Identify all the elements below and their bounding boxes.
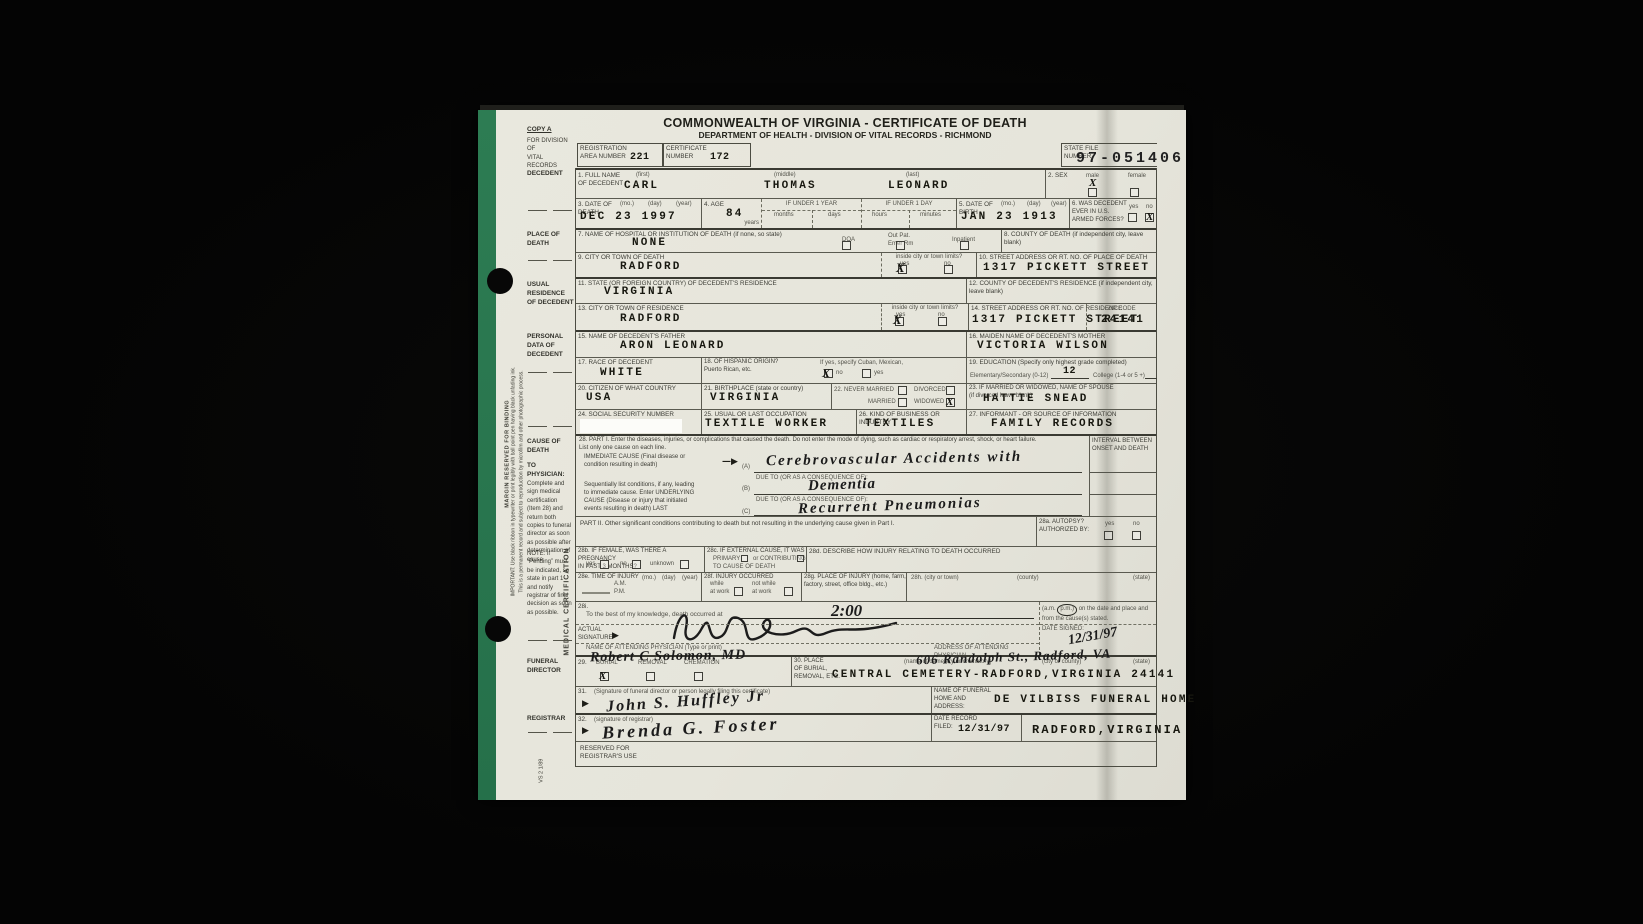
row-cause-part1: 28. PART I. Enter the diseases, injuries… [576,434,1156,516]
row-reserved: RESERVED FOR REGISTRAR'S USE [576,741,1156,766]
outpatient-checkbox [896,241,905,250]
hispanic-specify-sublabel: If yes, specify Cuban, Mexican, [820,360,920,368]
minutes-sublabel: minutes [920,212,941,220]
row-certification: 28i. To the best of my knowledge, death … [576,601,1156,655]
funeral-home-value: DE VILBISS FUNERAL HOME [994,695,1196,706]
pm-circled-sublabel: p.m.) [1057,604,1077,616]
copy-for-label: FOR DIVISION OF VITAL RECORDS [527,137,574,171]
removal-checkbox [646,672,655,681]
field-city-of-death: 9. CITY OR TOWN OF DEATH RADFORD [576,253,881,277]
day-sublabel: (day) [662,575,676,583]
unknown-sublabel: unknown [650,561,674,569]
physician-signature [668,606,903,648]
field-zip: ZIP CODE 24141 [1086,304,1156,330]
section-personal-data: PERSONAL DATA OF DECEDENT [527,332,574,359]
hours-sublabel: hours [872,212,887,220]
signature-arrow-icon: ▶ [612,632,619,641]
yes-sublabel: yes [586,561,595,569]
disposition-row-label: 29. [578,659,587,667]
registration-area-value: 221 [630,153,650,163]
state-file-box: STATE FILE NUMBER 97-051406 [1061,143,1157,167]
section-usual-residence: USUAL RESIDENCE OF DECEDENT [527,280,574,307]
last-name-value: LEONARD [888,181,950,192]
last-sublabel: (last) [906,172,919,180]
male-checkbox [1088,188,1097,197]
no-sublabel: no [836,370,843,378]
row-funeral-director-signature: 31. (Signature of funeral director or pe… [576,686,1156,713]
occupation-value: TEXTILE WORKER [705,419,828,430]
widowed-mark: X [946,397,953,408]
days-sublabel: days [828,212,841,220]
field-race: 17. RACE OF DECEDENT WHITE [576,358,701,383]
field-if-under-1-year: IF UNDER 1 YEAR months days [761,199,861,228]
row-dates-age: 3. DATE OF DEATH (mo.) (day) (year) DEC … [576,198,1156,228]
copy-label: COPY A [527,125,574,134]
field-date-filed: DATE RECORD FILED: 12/31/97 [931,715,1021,741]
field-father: 15. NAME OF DECEDENT'S FATHER ARON LEONA… [576,332,966,357]
field-certification: 28i. To the best of my knowledge, death … [576,602,1039,655]
year-sublabel: (year) [676,201,692,209]
year-sublabel: (year) [682,575,698,583]
actual-signature-label: ACTUAL SIGNATURE [578,627,613,643]
certificate-number-value: 172 [710,153,730,163]
section-funeral-director: FUNERAL DIRECTOR [527,657,574,675]
to-physician-note2: NOTE: if “Pending” must be indicated, so… [527,550,574,617]
hours-minutes-divider [909,210,910,228]
residence-limits-no-checkbox [938,317,947,326]
yes-sublabel: yes [1105,521,1114,529]
college-sublabel: College (1-4 or 5 +) [1093,373,1145,381]
interval-line [1090,472,1156,473]
certificate-form: REGISTRATION AREA NUMBER 221 CERTIFICATE… [575,143,1157,767]
mo-sublabel: (mo.) [1001,201,1015,209]
field-place-of-injury: 28g. PLACE OF INJURY (home, farm, factor… [801,573,906,601]
cremation-checkbox [694,672,703,681]
state-sublabel: (state) [1133,659,1150,667]
never-married-checkbox [898,386,907,395]
scan-background: MARGIN RESERVED FOR BINDING IMPORTANT: U… [0,0,1643,924]
row-citizen-marital: 20. CITIZEN OF WHAT COUNTRY USA 21. BIRT… [576,383,1156,409]
field-registrar-signature: 32. (signature of registrar) ▶ Brenda G.… [576,715,931,741]
registration-area-label: REGISTRATION AREA NUMBER [580,145,627,162]
zip-value: 24141 [1101,315,1145,326]
age-label: 4. AGE [704,201,724,209]
limits-yes-mark: X [896,261,905,274]
punch-hole-top [487,268,513,294]
yes-sublabel: yes [1129,204,1138,212]
field-date-of-birth: 5. DATE OF BIRTH (mo.) (day) (year) JAN … [956,199,1069,228]
field-funeral-director-signature: 31. (Signature of funeral director or pe… [576,687,931,713]
field-residence-state: 11. STATE (OR FOREIGN COUNTRY) OF DECEDE… [576,279,966,303]
registration-row: REGISTRATION AREA NUMBER 221 CERTIFICATE… [575,143,1157,168]
row-ssn-occupation: 24. SOCIAL SECURITY NUMBER 25. USUAL OR … [576,409,1156,434]
field-cause-part2: PART II. Other significant conditions co… [576,517,1036,546]
sex-label: 2. SEX [1048,172,1068,180]
field-education: 19. EDUCATION (Specify only highest grad… [966,358,1156,383]
form-body: 1. FULL NAME OF DECEDENT (first) (middle… [575,168,1157,767]
cause-b-handwriting: Dementia [808,477,876,494]
under-1-year-label: IF UNDER 1 YEAR [762,201,861,209]
limits-no-checkbox [944,265,953,274]
row-injury-details: 28e. TIME OF INJURY (mo.) (day) (year) A… [576,572,1156,601]
immediate-cause-arrow-icon: —▶ [722,458,738,467]
field-full-name: 1. FULL NAME OF DECEDENT (first) (middle… [576,170,1045,198]
pregnancy-no-checkbox [632,560,641,569]
field-pregnancy: 28b. IF FEMALE, WAS THERE A PREGNANCY IN… [576,547,704,572]
mo-sublabel: (mo.) [620,201,634,209]
separator-dashes [528,260,572,261]
time-of-injury-label: 28e. TIME OF INJURY [578,574,639,582]
separator-dashes [528,640,572,641]
reserved-label: RESERVED FOR REGISTRAR'S USE [580,745,637,762]
day-sublabel: (day) [648,201,662,209]
father-value: ARON LEONARD [620,341,726,352]
field-armed-forces: 6. WAS DECEDENT EVER IN U.S. ARMED FORCE… [1069,199,1156,228]
date-filed-value: 12/31/97 [958,725,1010,735]
field-external-cause: 28c. IF EXTERNAL CAUSE, IT WAS PRIMARY o… [704,547,806,572]
line-b-sublabel: (B) [742,486,750,494]
cert-statement-right: (a.m. p.m.) on the date and place and fr… [1042,604,1152,623]
hispanic-no-mark: X [822,367,830,379]
section-registrar: REGISTRAR [527,714,574,723]
field-spouse: 23. IF MARRIED OR WIDOWED, NAME OF SPOUS… [966,384,1156,409]
inpatient-checkbox [960,241,969,250]
ssn-redaction [580,419,682,433]
never-married-sublabel: 22. NEVER MARRIED [834,387,894,395]
injury-city-sublabel: 28h. (city or town) [911,575,959,583]
months-days-divider [812,210,813,228]
field-date-of-death: 3. DATE OF DEATH (mo.) (day) (year) DEC … [576,199,701,228]
punch-hole-bottom [485,616,511,642]
separator-dashes [528,426,572,427]
birthplace-value: VIRGINIA [710,393,780,404]
at-work-checkbox [734,587,743,596]
ampm-sublabel: A.M. P.M. [614,581,626,596]
external-cause-label: 28c. IF EXTERNAL CAUSE, IT WAS [707,548,804,556]
separator-dashes [528,372,572,373]
residence-state-value: VIRGINIA [604,287,674,298]
line-a-sublabel: (A) [742,464,750,472]
yes-sublabel: yes [874,370,883,378]
industry-value: TEXTILES [865,419,935,430]
not-at-work-sublabel: not while at work [752,581,776,596]
field-occupation: 25. USUAL OR LAST OCCUPATION TEXTILE WOR… [701,410,856,434]
not-at-work-checkbox [784,587,793,596]
field-ssn: 24. SOCIAL SECURITY NUMBER [576,410,701,434]
row-hospital-county: 7. NAME OF HOSPITAL OR INSTITUTION OF DE… [576,228,1156,252]
certificate-number-label: CERTIFICATE NUMBER [666,145,707,162]
row-residence-city-street: 13. CITY OR TOWN OF RESIDENCE RADFORD in… [576,303,1156,330]
injury-state-sublabel: (state) [1133,575,1150,583]
mother-value: VICTORIA WILSON [977,341,1109,352]
elementary-sublabel: Elementary/Secondary (0-12) [970,373,1048,381]
widowed-sublabel: WIDOWED [914,399,944,407]
autopsy-no-checkbox [1132,531,1141,540]
race-value: WHITE [600,368,644,379]
autopsy-yes-checkbox [1104,531,1113,540]
separator-dashes [528,732,572,733]
registrar-row-label: 32. [578,716,587,724]
field-informant: 27. INFORMANT - OR SOURCE OF INFORMATION… [966,410,1156,434]
place-of-injury-label: 28g. PLACE OF INJURY (home, farm, factor… [804,574,906,590]
burial-mark: X [599,671,606,682]
certificate-title: COMMONWEALTH OF VIRGINIA - CERTIFICATE O… [575,116,1115,131]
field-time-of-injury: 28e. TIME OF INJURY (mo.) (day) (year) A… [576,573,701,601]
funeral-home-label: NAME OF FUNERAL HOME AND ADDRESS: [934,688,991,712]
form-number: VS 2 1/89 [539,753,545,789]
part2-label: PART II. Other significant conditions co… [580,520,1010,528]
row-race-education: 17. RACE OF DECEDENT WHITE 18. OF HISPAN… [576,357,1156,383]
field-street-of-death: 10. STREET ADDRESS OR RT. NO. OF PLACE O… [976,253,1156,277]
residence-city-value: RADFORD [620,314,682,325]
female-sublabel: female [1128,173,1146,181]
field-autopsy: 28a. AUTOPSY? AUTHORIZED BY: yes no [1036,517,1156,546]
row-city-street-death: 9. CITY OR TOWN OF DEATH RADFORD inside … [576,252,1156,277]
field-age: 4. AGE 84 years [701,199,761,228]
months-sublabel: months [774,212,794,220]
sequential-label: Sequentially list conditions, if any, le… [584,482,724,514]
hospital-label: 7. NAME OF HOSPITAL OR INSTITUTION OF DE… [578,231,782,239]
field-birthplace: 21. BIRTHPLACE (state or country) VIRGIN… [701,384,831,409]
field-residence-city: 13. CITY OR TOWN OF RESIDENCE RADFORD [576,304,881,330]
field-residence-street: 14. STREET ADDRESS OR RT. NO. OF RESIDEN… [968,304,1086,330]
field-hospital: 7. NAME OF HOSPITAL OR INSTITUTION OF DE… [576,230,1001,252]
married-sublabel: MARRIED [868,399,896,407]
field-limits-death: inside city or town limits? yes no X [881,253,976,277]
field-funeral-home: NAME OF FUNERAL HOME AND ADDRESS: DE VIL… [931,687,1156,713]
am-sublabel: (a.m. [1042,606,1056,612]
row-registrar-signature: 32. (signature of registrar) ▶ Brenda G.… [576,713,1156,741]
pregnancy-yes-checkbox [600,560,609,569]
field-reserved: RESERVED FOR REGISTRAR'S USE [576,742,1156,766]
field-injury-occurred: 28f. INJURY OCCURRED while at work not w… [701,573,801,601]
zip-label: ZIP CODE [1087,306,1156,314]
middle-name-value: THOMAS [764,181,817,192]
under-1-day-label: IF UNDER 1 DAY [862,201,956,209]
informant-value: FAMILY RECORDS [991,419,1114,430]
doa-checkbox [842,241,851,250]
date-of-death-value: DEC 23 1997 [580,212,677,223]
divorced-sublabel: DIVORCED [914,387,946,395]
armed-forces-no-mark: X [1146,212,1153,223]
row-parents: 15. NAME OF DECEDENT'S FATHER ARON LEONA… [576,330,1156,357]
middle-sublabel: (middle) [774,172,796,180]
section-cause-of-death: CAUSE OF DEATH [527,437,574,455]
autopsy-label: 28a. AUTOPSY? AUTHORIZED BY: [1039,519,1089,535]
street-of-death-value: 1317 PICKETT STREET [983,263,1150,274]
education-value: 12 [1063,367,1076,377]
residence-county-label: 12. COUNTY OF DECEDENT'S RESIDENCE (if i… [969,280,1156,297]
years-sublabel: years [744,220,759,228]
state-file-value: 97-051406 [1076,151,1184,166]
place-of-burial-value: CENTRAL CEMETERY-RADFORD,VIRGINIA 24141 [832,670,1175,681]
separator-dashes [528,210,572,211]
divorced-checkbox [946,386,955,395]
spouse-value: HATTIE SNEAD [983,394,1089,405]
field-injury-location: 28h. (city or town) (county) (state) [906,573,1156,601]
female-checkbox [1130,188,1139,197]
hispanic-label: 18. OF HISPANIC ORIGIN? Puerto Rican, et… [704,359,778,375]
interval-line [1090,494,1156,495]
describe-injury-label: 28d. DESCRIBE HOW INJURY RELATING TO DEA… [809,548,1000,556]
field-describe-injury: 28d. DESCRIBE HOW INJURY RELATING TO DEA… [806,547,1156,572]
row-pregnancy-external: 28b. IF FEMALE, WAS THERE A PREGNANCY IN… [576,546,1156,572]
field-if-under-1-day: IF UNDER 1 DAY hours minutes [861,199,956,228]
citizen-value: USA [586,393,612,404]
binding-stripe [478,110,496,800]
margin-important-note: IMPORTANT: Use black ribbon in typewrite… [511,352,526,612]
primary-sublabel: PRIMARY [713,556,740,564]
field-marital-status: 22. NEVER MARRIED DIVORCED MARRIED WIDOW… [831,384,966,409]
first-sublabel: (first) [636,172,650,180]
full-name-label: 1. FULL NAME OF DECEDENT [578,172,623,189]
to-cause-sublabel: TO CAUSE OF DEATH [713,564,775,572]
row-name-sex: 1. FULL NAME OF DECEDENT (first) (middle… [576,168,1156,198]
row-residence-state: 11. STATE (OR FOREIGN COUNTRY) OF DECEDE… [576,277,1156,303]
date-of-birth-value: JAN 23 1913 [961,212,1058,223]
residence-limits-yes-mark: X [893,313,902,326]
field-industry: 26. KIND OF BUSINESS OR INDUSTRY TEXTILE… [856,410,966,434]
section-to-physician: TO PHYSICIAN: [527,461,574,479]
age-value: 84 [726,209,744,220]
no-sublabel: no [620,561,627,569]
hispanic-yes-checkbox [862,369,871,378]
contributing-checkbox [797,555,804,562]
day-sublabel: (day) [1027,201,1041,209]
primary-checkbox [741,555,748,562]
fd-signature-arrow-icon: ▶ [582,700,589,709]
first-name-value: CARL [624,181,659,192]
section-place-of-death: PLACE OF DEATH [527,230,574,248]
field-limits-residence: inside city or town limits? yes no X [881,304,968,330]
county-of-death-label: 8. COUNTY OF DEATH (if independent city,… [1004,231,1156,248]
field-interval: INTERVAL BETWEEN ONSET AND DEATH [1089,436,1156,516]
field-county-of-death: 8. COUNTY OF DEATH (if independent city,… [1001,230,1156,252]
armed-forces-label: 6. WAS DECEDENT EVER IN U.S. ARMED FORCE… [1072,201,1127,225]
row-cause-part2: PART II. Other significant conditions co… [576,516,1156,546]
field-filed-place: RADFORD,VIRGINIA [1021,715,1156,741]
fd-row-label: 31. [578,688,587,696]
year-sublabel: (year) [1051,201,1067,209]
education-label: 19. EDUCATION (Specify only highest grad… [969,359,1127,367]
filed-place-value: RADFORD,VIRGINIA [1032,724,1182,736]
field-mother: 16. MAIDEN NAME OF DECEDENT'S MOTHER VIC… [966,332,1156,357]
armed-forces-yes-checkbox [1128,213,1137,222]
hospital-value: NONE [632,238,667,249]
field-citizen: 20. CITIZEN OF WHAT COUNTRY USA [576,384,701,409]
section-decedent: DECEDENT [527,169,574,178]
interval-label: INTERVAL BETWEEN ONSET AND DEATH [1092,438,1152,454]
pregnancy-unknown-checkbox [680,560,689,569]
death-certificate-page: MARGIN RESERVED FOR BINDING IMPORTANT: U… [478,110,1186,800]
registration-area-box: REGISTRATION AREA NUMBER 221 [577,143,663,167]
field-residence-county: 12. COUNTY OF DECEDENT'S RESIDENCE (if i… [966,279,1156,303]
no-sublabel: no [1133,521,1140,529]
mo-sublabel: (mo.) [642,575,656,583]
field-cause-part1: 28. PART I. Enter the diseases, injuries… [576,436,1089,516]
attending-physician-handwriting: Robert C Solomon, MD [590,649,746,666]
certificate-number-box: CERTIFICATE NUMBER 172 [663,143,751,167]
married-checkbox [898,398,907,407]
registrar-signature-arrow-icon: ▶ [582,727,589,736]
field-sex: 2. SEX male female X [1045,170,1156,198]
immediate-cause-label: IMMEDIATE CAUSE (Final disease or condit… [584,454,685,470]
city-of-death-value: RADFORD [620,262,682,273]
certificate-subtitle: DEPARTMENT OF HEALTH - DIVISION OF VITAL… [575,130,1115,140]
at-work-sublabel: while at work [710,581,729,596]
field-hispanic-origin: 18. OF HISPANIC ORIGIN? Puerto Rican, et… [701,358,966,383]
injury-county-sublabel: (county) [1017,575,1039,583]
